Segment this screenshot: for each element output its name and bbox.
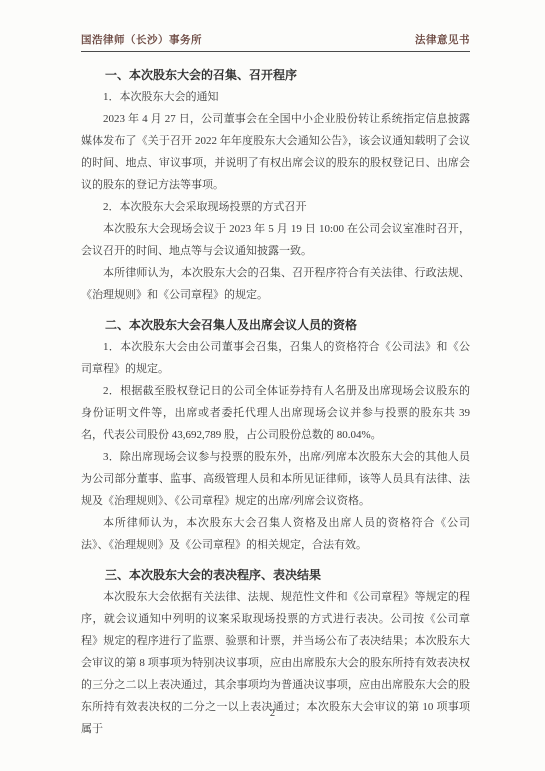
paragraph: 3．除出席现场会议参与投票的股东外，出席/列席本次股东大会的其他人员为公司部分董… — [81, 446, 470, 512]
document-footer: 2 — [0, 708, 545, 719]
document-header: 国浩律师（长沙）事务所 法律意见书 — [81, 32, 470, 52]
document-body: 一、本次股东大会的召集、召开程序 1．本次股东大会的通知 2023 年 4 月 … — [81, 64, 470, 740]
legal-opinion-page: 国浩律师（长沙）事务所 法律意见书 一、本次股东大会的召集、召开程序 1．本次股… — [0, 0, 545, 771]
paragraph: 2．根据截至股权登记日的公司全体证券持有人名册及出席现场会议股东的身份证明文件等… — [81, 380, 470, 446]
page-number: 2 — [270, 708, 275, 719]
section-heading: 三、本次股东大会的表决程序、表决结果 — [81, 564, 470, 586]
paragraph: 2．本次股东大会采取现场投票的方式召开 — [81, 196, 470, 218]
section-convening-procedure: 一、本次股东大会的召集、召开程序 1．本次股东大会的通知 2023 年 4 月 … — [81, 64, 470, 306]
paragraph: 本所律师认为，本次股东大会的召集、召开程序符合有关法律、行政法规、《治理规则》和… — [81, 262, 470, 306]
header-doc-type: 法律意见书 — [415, 32, 470, 47]
section-heading: 一、本次股东大会的召集、召开程序 — [81, 64, 470, 86]
paragraph: 1．本次股东大会的通知 — [81, 86, 470, 108]
paragraph: 2023 年 4 月 27 日，公司董事会在全国中小企业股份转让系统指定信息披露… — [81, 108, 470, 196]
section-attendee-qualifications: 二、本次股东大会召集人及出席会议人员的资格 1．本次股东大会由公司董事会召集，召… — [81, 314, 470, 556]
header-firm-name: 国浩律师（长沙）事务所 — [81, 32, 202, 47]
section-heading: 二、本次股东大会召集人及出席会议人员的资格 — [81, 314, 470, 336]
paragraph: 本次股东大会现场会议于 2023 年 5 月 19 日 10:00 在公司会议室… — [81, 218, 470, 262]
paragraph: 1．本次股东大会由公司董事会召集，召集人的资格符合《公司法》和《公司章程》的规定… — [81, 336, 470, 380]
paragraph: 本所律师认为，本次股东大会召集人资格及出席人员的资格符合《公司法》、《治理规则》… — [81, 512, 470, 556]
